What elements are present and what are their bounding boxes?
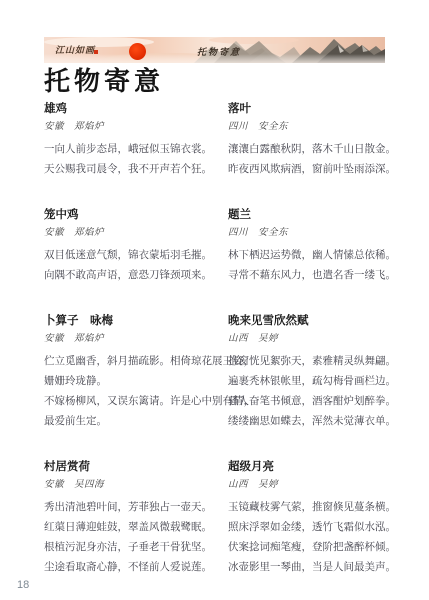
page-number: 18 [17, 579, 29, 591]
poem-author: 山西 吴婷 [228, 479, 415, 492]
poem: 雄鸡 安徽 郑焰炉 一向人前步态昂，峨冠似玉锦衣裳。 天公赐我司晨令，我不开声若… [44, 102, 214, 180]
poem-author: 安徽 吴四海 [44, 479, 214, 492]
poem-grid: 雄鸡 安徽 郑焰炉 一向人前步态昂，峨冠似玉锦衣裳。 天公赐我司晨令，我不开声若… [44, 102, 415, 578]
poem-line: 一向人前步态昂，峨冠似玉锦衣裳。 [44, 140, 214, 160]
poem-line: 姗姗玲珑静。 [44, 372, 214, 392]
poem-line: 秀出清池碧叶间，芳菲独占一壶天。 [44, 498, 214, 518]
poem-line: 天公赐我司晨令，我不开声若个狂。 [44, 160, 214, 180]
poem-title: 题兰 [228, 208, 415, 223]
poem: 卜算子 咏梅 安徽 郑焰炉 伫立觅幽香，斜月描疏影。相倚琼花展玉姿， 姗姗玲珑静… [44, 314, 214, 432]
poem: 题兰 四川 安全东 林下栖迟运势微，幽人情愫总依稀。 寻常不藉东风力，也遣名香一… [228, 208, 415, 286]
poem-author: 安徽 郑焰炉 [44, 227, 214, 240]
poem-line: 不嫁杨柳风，又误东篱请。许是心中别有情， [44, 392, 214, 412]
poem-line: 冰壶影里一琴曲，当是人间最美声。 [228, 558, 415, 578]
poem-line: 双目低迷意气颓，锦衣蒙垢羽毛摧。 [44, 246, 214, 266]
poem-line: 伫立觅幽香，斜月描疏影。相倚琼花展玉姿， [44, 352, 214, 372]
poem-title: 超级月亮 [228, 460, 415, 475]
poem-line: 向隅不敢高声语，意恐刀锋颈项来。 [44, 266, 214, 286]
poem-line: 昨夜西风欺病酒，窗前叶坠雨添深。 [228, 160, 415, 180]
poem-line: 最爱前生定。 [44, 412, 214, 432]
poem-title: 卜算子 咏梅 [44, 314, 214, 329]
poem-title: 笼中鸡 [44, 208, 214, 223]
poem-line: 根植污泥身亦洁，子垂老干骨犹坚。 [44, 538, 214, 558]
poem-title: 晚来见雪欣然赋 [228, 314, 415, 329]
poem-line: 玉镜藏枝雾气萦，推窗倏见蔓条横。 [228, 498, 415, 518]
poem-author: 安徽 郑焰炉 [44, 333, 214, 346]
poem-line: 林下栖迟运势微，幽人情愫总依稀。 [228, 246, 415, 266]
poem-author: 四川 安全东 [228, 121, 415, 134]
poem: 落叶 四川 安全东 瀼瀼白露酿秋阴，落木千山日散金。 昨夜西风欺病酒，窗前叶坠雨… [228, 102, 415, 180]
poem-line: 骚人奋笔书倾意，酒客酣炉划醉拳。 [228, 392, 415, 412]
sun-icon [129, 43, 146, 60]
poem: 笼中鸡 安徽 郑焰炉 双目低迷意气颓，锦衣蒙垢羽毛摧。 向隅不敢高声语，意恐刀锋… [44, 208, 214, 286]
poem: 晚来见雪欣然赋 山西 吴婷 推窗恍见絮弥天，素雅精灵纵舞翩。 遍裹秃林银帐里，疏… [228, 314, 415, 432]
poem-line: 伏案捻词痴笔瘦，登阶把盏醉杯倾。 [228, 538, 415, 558]
poem-author: 山西 吴婷 [228, 333, 415, 346]
poem-title: 雄鸡 [44, 102, 214, 117]
poem-author: 四川 安全东 [228, 227, 415, 240]
poem-line: 瀼瀼白露酿秋阴，落木千山日散金。 [228, 140, 415, 160]
banner-series-title: 江山如画 [55, 43, 95, 56]
banner-section-title: 托物寄意 [197, 45, 241, 58]
poem-author: 安徽 郑焰炉 [44, 121, 214, 134]
page-title: 托物寄意 [44, 66, 415, 98]
poem-line: 缕缕幽思如蝶去，浑然未觉薄衣单。 [228, 412, 415, 432]
poem-line: 寻常不藉东风力，也遣名香一缕飞。 [228, 266, 415, 286]
poem-line: 照床浮翠如金缕，透竹飞霜似水泓。 [228, 518, 415, 538]
poem-line: 尘途看取斋心静，不怪前人爱说莲。 [44, 558, 214, 578]
poem: 超级月亮 山西 吴婷 玉镜藏枝雾气萦，推窗倏见蔓条横。 照床浮翠如金缕，透竹飞霜… [228, 460, 415, 578]
header-banner: 江山如画 托物寄意 [44, 37, 385, 63]
poem-title: 村居赏荷 [44, 460, 214, 475]
poem-line: 推窗恍见絮弥天，素雅精灵纵舞翩。 [228, 352, 415, 372]
poem-title: 落叶 [228, 102, 415, 117]
page-content: 托物寄意 雄鸡 安徽 郑焰炉 一向人前步态昂，峨冠似玉锦衣裳。 天公赐我司晨令，… [44, 66, 415, 578]
poem: 村居赏荷 安徽 吴四海 秀出清池碧叶间，芳菲独占一壶天。 红蕖日薄迎蛙鼓，翠盖风… [44, 460, 214, 578]
poem-line: 红蕖日薄迎蛙鼓，翠盖风微载鹭眠。 [44, 518, 214, 538]
poem-line: 遍裹秃林银帐里，疏勾梅骨画栏边。 [228, 372, 415, 392]
